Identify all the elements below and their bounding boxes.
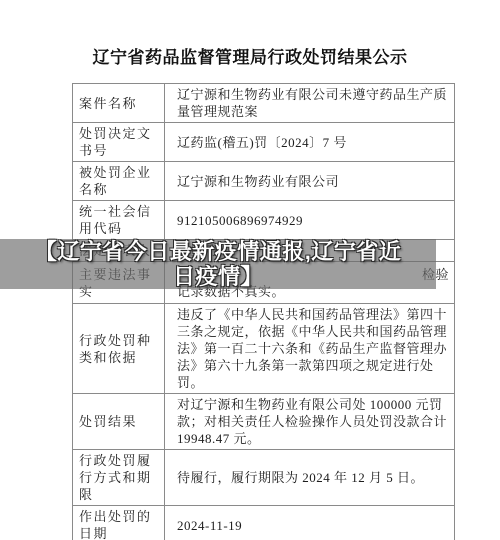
table-row: 处罚决定文书号辽药监(稽五)罚〔2024〕7 号 — [73, 123, 454, 162]
row-value: 检验记录数据不真实。 — [165, 262, 454, 303]
row-value: 刘宪功 — [165, 240, 454, 261]
row-label: 案件名称 — [73, 84, 165, 122]
row-label: 统一社会信用代码 — [73, 201, 165, 239]
row-value: 对辽宁源和生物药业有限公司处 100000 元罚款；对相关责任人检验操作人员处罚… — [165, 394, 454, 449]
table-row: 案件名称辽宁源和生物药业有限公司未遵守药品生产质量管理规范案 — [73, 84, 454, 123]
page: 辽宁省药品监督管理局行政处罚结果公示 案件名称辽宁源和生物药业有限公司未遵守药品… — [0, 0, 500, 540]
row-label: 被处罚企业名称 — [73, 162, 165, 200]
page-title: 辽宁省药品监督管理局行政处罚结果公示 — [0, 43, 500, 68]
row-value: 辽宁源和生物药业有限公司未遵守药品生产质量管理规范案 — [165, 84, 454, 122]
table-row: 作出处罚的日期2024-11-19 — [73, 506, 454, 540]
row-label: 作出处罚的日期 — [73, 506, 165, 540]
row-label: 处罚决定文书号 — [73, 123, 165, 161]
table-row: 法定代表人刘宪功 — [73, 240, 454, 262]
row-label: 行政处罚履行方式和期限 — [73, 450, 165, 505]
table-row: 统一社会信用代码912105006896974929 — [73, 201, 454, 240]
row-label: 处罚结果 — [73, 394, 165, 449]
table-row: 主要违法事实检验记录数据不真实。 — [73, 262, 454, 304]
row-value-line: 记录数据不真实。 — [177, 283, 449, 300]
row-value: 违反了《中华人民共和国药品管理法》第四十三条之规定，依据《中华人民共和国药品管理… — [165, 304, 454, 393]
row-label: 法定代表人 — [73, 240, 165, 261]
table-row: 被处罚企业名称辽宁源和生物药业有限公司 — [73, 162, 454, 201]
row-value: 2024-11-19 — [165, 506, 454, 540]
row-value: 辽药监(稽五)罚〔2024〕7 号 — [165, 123, 454, 161]
row-label: 主要违法事实 — [73, 262, 165, 303]
row-label: 行政处罚种类和依据 — [73, 304, 165, 393]
penalty-result-table: 案件名称辽宁源和生物药业有限公司未遵守药品生产质量管理规范案处罚决定文书号辽药监… — [72, 83, 455, 540]
row-value: 待履行，履行期限为 2024 年 12 月 5 日。 — [165, 450, 454, 505]
table-row: 处罚结果对辽宁源和生物药业有限公司处 100000 元罚款；对相关责任人检验操作… — [73, 394, 454, 450]
row-value: 912105006896974929 — [165, 201, 454, 239]
row-value-line: 检验 — [177, 266, 451, 283]
row-value: 辽宁源和生物药业有限公司 — [165, 162, 454, 200]
table-row: 行政处罚种类和依据违反了《中华人民共和国药品管理法》第四十三条之规定，依据《中华… — [73, 304, 454, 394]
table-row: 行政处罚履行方式和期限待履行，履行期限为 2024 年 12 月 5 日。 — [73, 450, 454, 506]
